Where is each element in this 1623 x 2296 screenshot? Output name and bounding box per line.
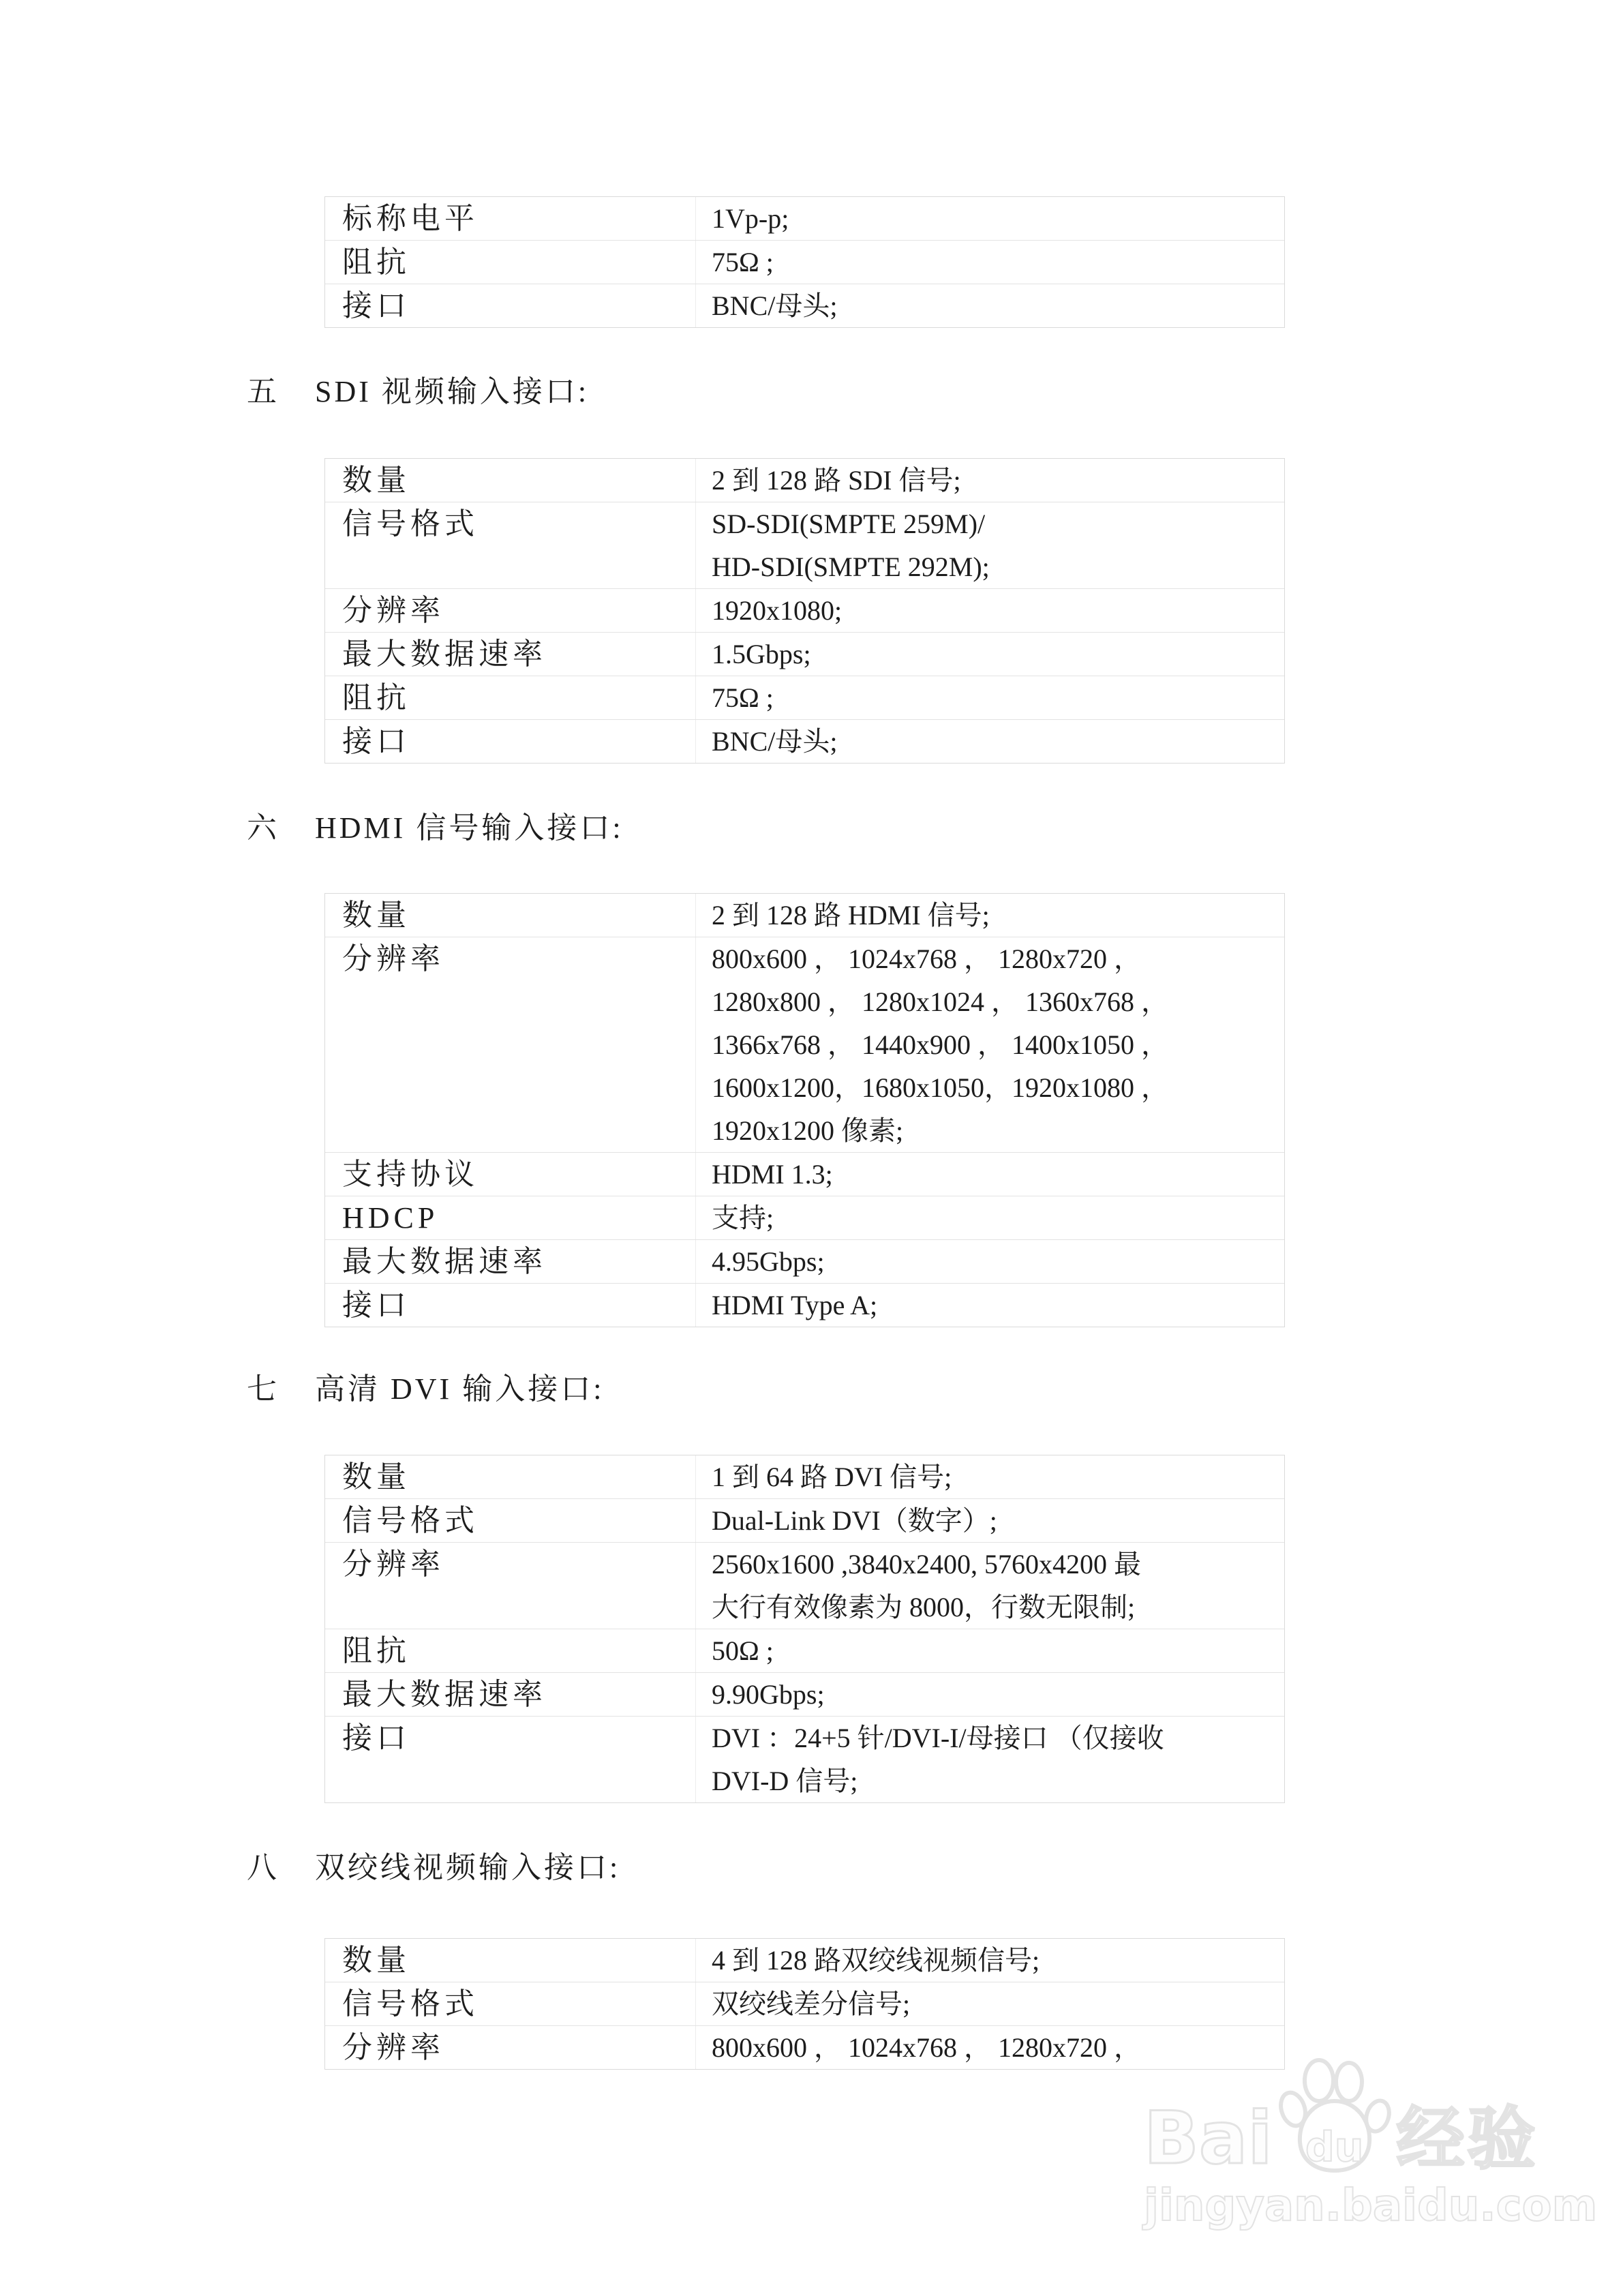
table-row: 分辨率 2560x1600 ,3840x2400, 5760x4200 最 大行… [325, 1543, 1284, 1629]
table-row: 接口 HDMI Type A; [325, 1284, 1284, 1327]
spec-value: SD-SDI(SMPTE 259M)/ HD-SDI(SMPTE 292M); [696, 502, 1284, 588]
table-row: 最大数据速率 4.95Gbps; [325, 1240, 1284, 1284]
spec-label: 信号格式 [325, 1982, 696, 2025]
table-row: 数量 2 到 128 路 SDI 信号; [325, 459, 1284, 502]
section-heading-dvi: 七高清 DVI 输入接口: [247, 1369, 604, 1410]
baidu-paw-icon: du [1270, 2057, 1399, 2173]
table-row: 接口 BNC/母头; [325, 720, 1284, 763]
table-row: 阻抗 50Ω ; [325, 1629, 1284, 1673]
spec-value: 1.5Gbps; [696, 633, 1284, 676]
spec-label: 分辨率 [325, 1543, 696, 1629]
table-row: 接口 BNC/母头; [325, 284, 1284, 327]
spec-table-composite-video: 标称电平 1Vp-p; 阻抗 75Ω ; 接口 BNC/母头; [324, 196, 1285, 328]
spec-value: 4.95Gbps; [696, 1240, 1284, 1283]
spec-value: 2 到 128 路 HDMI 信号; [696, 894, 1284, 937]
spec-label: 最大数据速率 [325, 1673, 696, 1716]
table-row: 支持协议 HDMI 1.3; [325, 1153, 1284, 1196]
spec-label: 分辨率 [325, 937, 696, 1152]
spec-label: 数量 [325, 894, 696, 937]
spec-label: 数量 [325, 1455, 696, 1498]
spec-label: HDCP [325, 1196, 696, 1239]
section-heading-twisted-pair: 八双绞线视频输入接口: [247, 1847, 620, 1888]
watermark-bai-text: Bai [1144, 2104, 1273, 2173]
spec-label: 数量 [325, 1939, 696, 1982]
spec-value: 800x600 ， 1024x768 ， 1280x720 ， 1280x800… [696, 937, 1284, 1152]
spec-label: 信号格式 [325, 502, 696, 588]
table-row: 数量 4 到 128 路双绞线视频信号; [325, 1939, 1284, 1982]
spec-value: 1Vp-p; [696, 197, 1284, 240]
document-page: { "colors":{ "page_bg":"#ffffff", "text"… [0, 0, 1623, 2296]
spec-label: 最大数据速率 [325, 1240, 696, 1283]
spec-value: 4 到 128 路双绞线视频信号; [696, 1939, 1284, 1982]
watermark-url-text: jingyan.baidu.com [1144, 2184, 1566, 2228]
spec-table-twisted-pair: 数量 4 到 128 路双绞线视频信号; 信号格式 双绞线差分信号; 分辨率 8… [324, 1938, 1285, 2070]
table-row: 分辨率 800x600 ， 1024x768 ， 1280x720 ， [325, 2026, 1284, 2069]
table-row: 阻抗 75Ω ; [325, 676, 1284, 720]
spec-value: BNC/母头; [696, 720, 1284, 763]
section-title: 高清 DVI 输入接口: [315, 1372, 604, 1406]
spec-value: 9.90Gbps; [696, 1673, 1284, 1716]
spec-table-sdi: 数量 2 到 128 路 SDI 信号; 信号格式 SD-SDI(SMPTE 2… [324, 458, 1285, 764]
watermark-jingyan-text: 经验 [1397, 2105, 1538, 2173]
spec-label: 接口 [325, 1284, 696, 1327]
spec-value: HDMI Type A; [696, 1284, 1284, 1327]
spec-label: 接口 [325, 284, 696, 327]
table-row: HDCP 支持; [325, 1196, 1284, 1240]
table-row: 数量 1 到 64 路 DVI 信号; [325, 1455, 1284, 1499]
table-row: 最大数据速率 1.5Gbps; [325, 633, 1284, 676]
watermark-du-text: du [1305, 2127, 1364, 2168]
spec-value: 50Ω ; [696, 1629, 1284, 1672]
table-row: 信号格式 双绞线差分信号; [325, 1982, 1284, 2026]
spec-value: 支持; [696, 1196, 1284, 1239]
spec-label: 分辨率 [325, 2026, 696, 2069]
table-row: 接口 DVI ：24+5 针/DVI-I/母接口 （仅接收 DVI-D 信号; [325, 1717, 1284, 1802]
spec-label: 支持协议 [325, 1153, 696, 1196]
spec-value: 75Ω ; [696, 241, 1284, 284]
spec-value: BNC/母头; [696, 284, 1284, 327]
spec-label: 阻抗 [325, 241, 696, 284]
spec-label: 标称电平 [325, 197, 696, 240]
section-title: SDI 视频输入接口: [315, 375, 589, 408]
table-row: 最大数据速率 9.90Gbps; [325, 1673, 1284, 1717]
watermark-brand-row: Bai du 经验 [1144, 2057, 1566, 2173]
table-row: 信号格式 Dual-Link DVI（数字）; [325, 1499, 1284, 1543]
spec-label: 接口 [325, 1717, 696, 1802]
spec-value: DVI ：24+5 针/DVI-I/母接口 （仅接收 DVI-D 信号; [696, 1717, 1284, 1802]
spec-label: 信号格式 [325, 1499, 696, 1542]
spec-value: 800x600 ， 1024x768 ， 1280x720 ， [696, 2026, 1284, 2069]
spec-label: 分辨率 [325, 589, 696, 632]
spec-label: 阻抗 [325, 676, 696, 719]
table-row: 分辨率 1920x1080; [325, 589, 1284, 633]
table-row: 分辨率 800x600 ， 1024x768 ， 1280x720 ， 1280… [325, 937, 1284, 1153]
spec-label: 接口 [325, 720, 696, 763]
table-row: 数量 2 到 128 路 HDMI 信号; [325, 894, 1284, 937]
table-row: 标称电平 1Vp-p; [325, 197, 1284, 241]
spec-value: 1920x1080; [696, 589, 1284, 632]
section-title: 双绞线视频输入接口: [315, 1851, 620, 1884]
spec-table-dvi: 数量 1 到 64 路 DVI 信号; 信号格式 Dual-Link DVI（数… [324, 1455, 1285, 1803]
section-number: 八 [247, 1851, 279, 1884]
table-row: 信号格式 SD-SDI(SMPTE 259M)/ HD-SDI(SMPTE 29… [325, 502, 1284, 589]
spec-label: 阻抗 [325, 1629, 696, 1672]
baidu-jingyan-watermark: Bai du 经验 jingyan.baidu.com [1144, 2057, 1566, 2228]
table-row: 阻抗 75Ω ; [325, 241, 1284, 284]
spec-value: Dual-Link DVI（数字）; [696, 1499, 1284, 1542]
section-title: HDMI 信号输入接口: [315, 811, 624, 845]
spec-value: 2 到 128 路 SDI 信号; [696, 459, 1284, 502]
spec-table-hdmi: 数量 2 到 128 路 HDMI 信号; 分辨率 800x600 ， 1024… [324, 893, 1285, 1327]
spec-value: 75Ω ; [696, 676, 1284, 719]
spec-value: HDMI 1.3; [696, 1153, 1284, 1196]
spec-label: 最大数据速率 [325, 633, 696, 676]
section-heading-sdi: 五SDI 视频输入接口: [247, 372, 589, 412]
section-number: 六 [247, 811, 279, 845]
spec-label: 数量 [325, 459, 696, 502]
spec-value: 1 到 64 路 DVI 信号; [696, 1455, 1284, 1498]
spec-value: 2560x1600 ,3840x2400, 5760x4200 最 大行有效像素… [696, 1543, 1284, 1629]
section-number: 五 [247, 375, 279, 408]
section-number: 七 [247, 1372, 279, 1406]
section-heading-hdmi: 六HDMI 信号输入接口: [247, 808, 624, 849]
spec-value: 双绞线差分信号; [696, 1982, 1284, 2025]
